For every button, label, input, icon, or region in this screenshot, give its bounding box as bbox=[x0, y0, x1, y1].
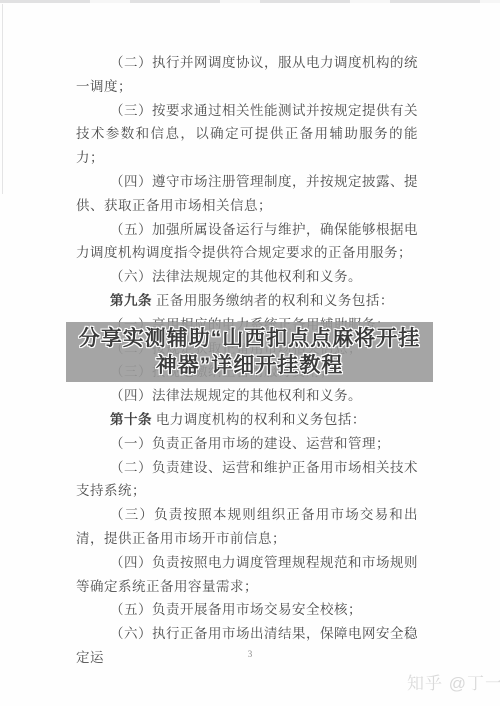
paragraph: （三）负责按照本规则组织正备用市场交易和出清，提供正备用市场开市前信息； bbox=[76, 503, 418, 551]
spam-overlay-line1: 分享实测辅助“山西扣点点麻将开挂 bbox=[79, 325, 421, 352]
paragraph: （二）执行并网调度协议，服从电力调度机构的统一调度； bbox=[76, 51, 418, 99]
zhihu-author-watermark: 知乎 @丁一 bbox=[407, 669, 500, 694]
paragraph: 第十条 电力调度机构的权利和义务包括： bbox=[76, 408, 418, 432]
article-number: 第十条 bbox=[110, 412, 152, 427]
article-number: 第九条 bbox=[110, 293, 152, 308]
paragraph: （五）负责开展备用市场交易安全校核； bbox=[76, 598, 418, 622]
paragraph: （四）负责按照电力调度管理规程规范和市场规则等确定系统正备用容量需求； bbox=[76, 551, 418, 599]
paragraph: （二）负责建设、运营和维护正备用市场相关技术支持系统； bbox=[76, 456, 418, 504]
paragraph: （六）执行正备用市场出清结果，保障电网安全稳定运 bbox=[76, 622, 418, 670]
paragraph: （五）加强所属设备运行与维护，确保能够根据电力调度机构调度指令提供符合规定要求的… bbox=[76, 218, 418, 266]
paragraph: （一）负责正备用市场的建设、运营和管理； bbox=[76, 432, 418, 456]
paragraph: （六）法律法规规定的其他权利和义务。 bbox=[76, 265, 418, 289]
paragraph: （四）遵守市场注册管理制度，并按规定披露、提供、获取正备用市场相关信息； bbox=[76, 170, 418, 218]
paragraph: （三）按要求通过相关性能测试并按规定提供有关技术参数和信息，以确定可提供正备用辅… bbox=[76, 99, 418, 170]
spam-overlay-banner: 分享实测辅助“山西扣点点麻将开挂 神器”详细开挂教程 bbox=[66, 322, 433, 382]
paragraph: 第九条 正备用服务缴纳者的权利和义务包括： bbox=[76, 289, 418, 313]
scan-artifact-top-edge bbox=[0, 0, 500, 3]
page-number: 3 bbox=[0, 649, 500, 659]
spam-overlay-line2: 神器”详细开挂教程 bbox=[156, 352, 344, 379]
scanned-document-page: （二）执行并网调度协议，服从电力调度机构的统一调度；（三）按要求通过相关性能测试… bbox=[0, 0, 500, 706]
paragraph: （四）法律法规规定的其他权利和义务。 bbox=[76, 384, 418, 408]
scan-artifact-left-edge bbox=[2, 4, 3, 194]
